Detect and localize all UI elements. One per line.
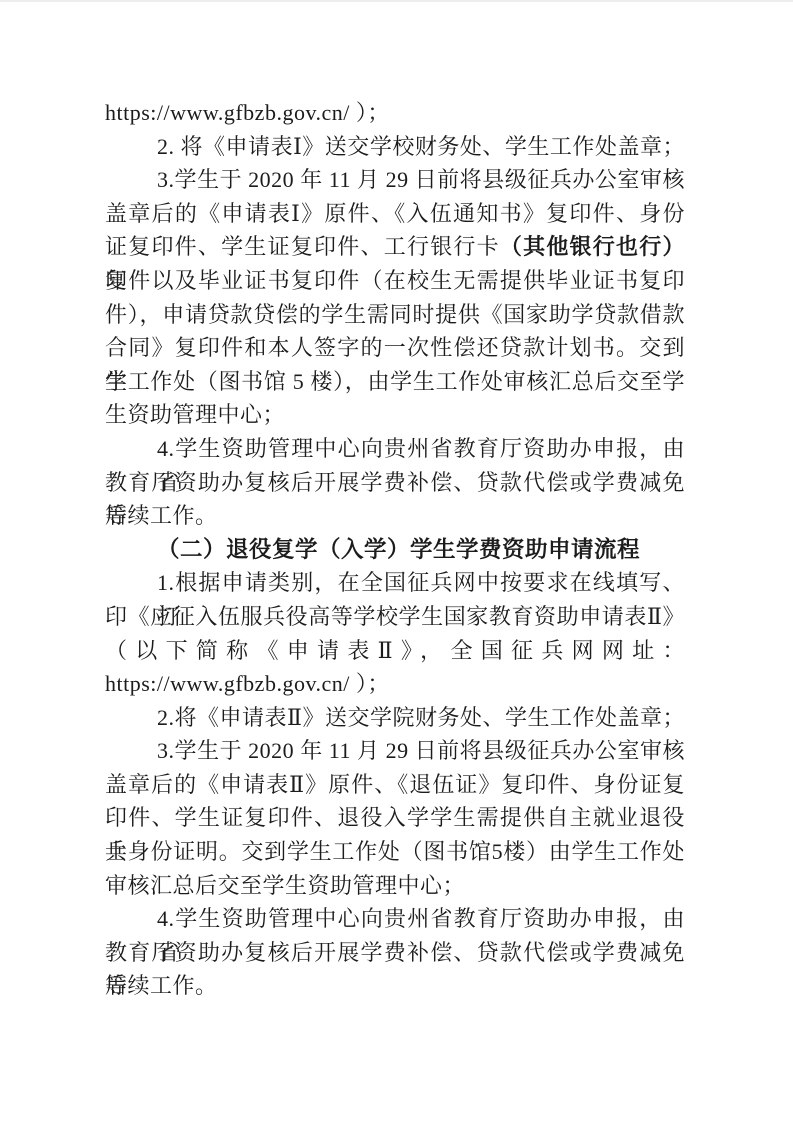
text-run: 生资助管理中心；: [105, 402, 285, 427]
text-run: 2.将《申请表Ⅱ》送交学院财务处、学生工作处盖章；: [157, 705, 685, 730]
text-line: 3.学生于 2020 年 11 月 29 日前将县级征兵办公室审核: [105, 163, 685, 197]
text-run: 3.学生于 2020 年 11 月 29 日前将县级征兵办公室审核: [157, 738, 685, 763]
text-line: 后续工作。: [105, 969, 685, 1003]
text-run: 盖章后的《申请表Ⅱ》原件、《退伍证》复印件、身份证复: [105, 772, 685, 797]
text-line: 审核汇总后交至学生资助管理中心；: [105, 869, 685, 903]
text-line: 后续工作。: [105, 499, 685, 533]
text-line: 教育厅资助办复核后开展学费补偿、贷款代偿或学费减免等: [105, 466, 685, 500]
text-run: 印件以及毕业证书复印件（在校生无需提供毕业证书复印: [105, 268, 685, 293]
text-line: https://www.gfbzb.gov.cn/ ）；: [105, 96, 685, 130]
text-run: 3.学生于 2020 年 11 月 29 日前将县级征兵办公室审核: [157, 167, 685, 192]
text-line: 生工作处（图书馆 5 楼），由学生工作处审核汇总后交至学: [105, 365, 685, 399]
text-run: 件），申请贷款贷偿的学生需同时提供《国家助学贷款借款: [105, 302, 685, 327]
text-run: 后续工作。: [105, 973, 218, 998]
text-line: （以下简称《申请表Ⅱ》，全国征兵网网址：: [105, 634, 685, 668]
text-line: 1.根据申请类别，在全国征兵网中按要求在线填写、打: [105, 566, 685, 600]
text-line: 2.将《申请表Ⅱ》送交学院财务处、学生工作处盖章；: [105, 701, 685, 735]
text-run: 盖章后的《申请表Ⅰ》原件、《入伍通知书》复印件、身份: [105, 201, 685, 226]
text-line: 教育厅资助办复核后开展学费补偿、贷款代偿或学费减免等: [105, 936, 685, 970]
text-line: 盖章后的《申请表Ⅱ》原件、《退伍证》复印件、身份证复: [105, 768, 685, 802]
text-line: 生资助管理中心；: [105, 398, 685, 432]
document-page: https://www.gfbzb.gov.cn/ ）；2. 将《申请表Ⅰ》送交…: [0, 0, 793, 1122]
text-run: 证复印件、学生证复印件、工行银行卡: [105, 234, 500, 259]
text-line: 4.学生资助管理中心向贵州省教育厅资助办申报，由省: [105, 902, 685, 936]
text-line: 印件以及毕业证书复印件（在校生无需提供毕业证书复印: [105, 264, 685, 298]
text-run: （以下简称《申请表Ⅱ》，全国征兵网网址：: [105, 638, 685, 663]
text-run: 兵身份证明。交到学生工作处（图书馆5楼）由学生工作处: [105, 839, 685, 864]
text-run: https://www.gfbzb.gov.cn/ ）；: [105, 671, 390, 696]
text-run: https://www.gfbzb.gov.cn/ ）；: [105, 100, 390, 125]
text-run: 后续工作。: [105, 503, 218, 528]
text-line: 兵身份证明。交到学生工作处（图书馆5楼）由学生工作处: [105, 835, 685, 869]
text-run: 审核汇总后交至学生资助管理中心；: [105, 873, 465, 898]
text-line: 印件、学生证复印件、退役入学学生需提供自主就业退役士: [105, 801, 685, 835]
text-run: 2. 将《申请表Ⅰ》送交学校财务处、学生工作处盖章；: [157, 134, 685, 159]
text-line: https://www.gfbzb.gov.cn/ ）；: [105, 667, 685, 701]
text-line: 印《应征入伍服兵役高等学校学生国家教育资助申请表Ⅱ》: [105, 600, 685, 634]
section-heading: （二）退役复学（入学）学生学费资助申请流程: [105, 533, 685, 567]
text-line: 盖章后的《申请表Ⅰ》原件、《入伍通知书》复印件、身份: [105, 197, 685, 231]
text-line: 合同》复印件和本人签字的一次性偿还贷款计划书。交到学: [105, 331, 685, 365]
document-body: https://www.gfbzb.gov.cn/ ）；2. 将《申请表Ⅰ》送交…: [105, 96, 685, 1003]
text-line: 2. 将《申请表Ⅰ》送交学校财务处、学生工作处盖章；: [105, 130, 685, 164]
bold-text-run: （其他银行也行）: [500, 234, 685, 259]
text-run: 印《应征入伍服兵役高等学校学生国家教育资助申请表Ⅱ》: [105, 604, 685, 629]
text-line: 4.学生资助管理中心向贵州省教育厅资助办申报，由省: [105, 432, 685, 466]
text-run: 生工作处（图书馆 5 楼），由学生工作处审核汇总后交至学: [105, 369, 685, 394]
text-line: 证复印件、学生证复印件、工行银行卡（其他银行也行）复: [105, 230, 685, 264]
text-line: 3.学生于 2020 年 11 月 29 日前将县级征兵办公室审核: [105, 734, 685, 768]
text-run: （二）退役复学（入学）学生学费资助申请流程: [157, 537, 640, 562]
text-line: 件），申请贷款贷偿的学生需同时提供《国家助学贷款借款: [105, 298, 685, 332]
